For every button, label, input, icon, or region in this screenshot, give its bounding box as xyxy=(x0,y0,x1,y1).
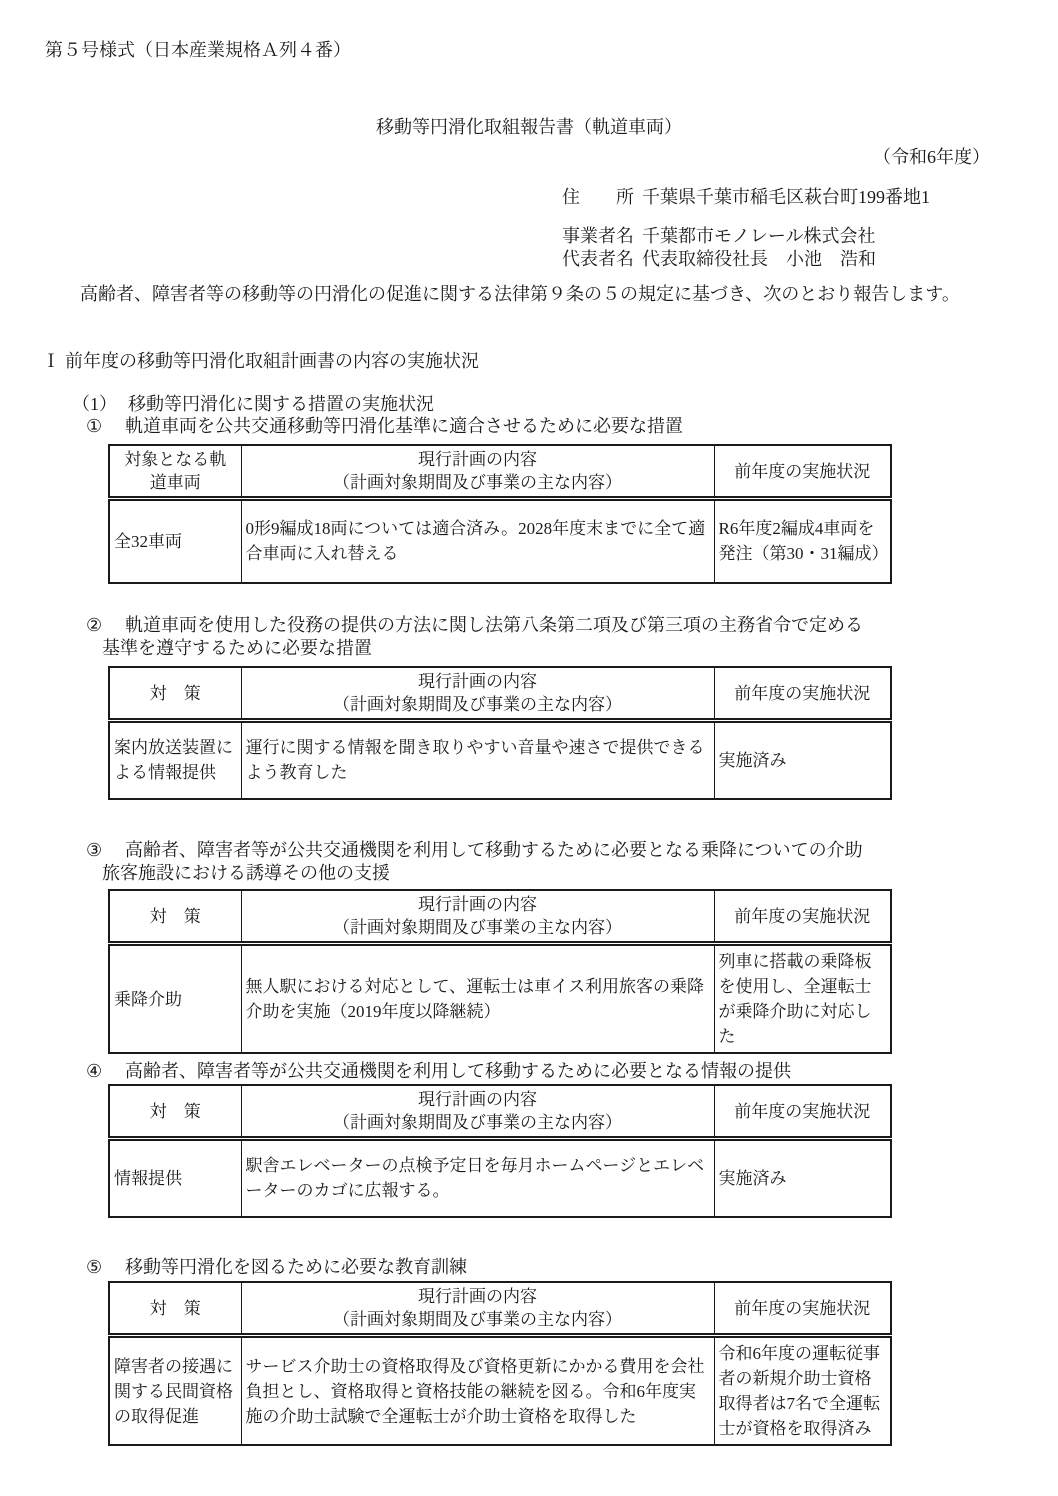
item-1-cell-status: R6年度2編成4車両を発注（第30・31編成） xyxy=(714,499,891,583)
item-1-cell-target: 全32車両 xyxy=(109,499,241,583)
item-4-number: ④ xyxy=(86,1060,125,1083)
item-3-col-header-status: 前年度の実施状況 xyxy=(714,890,891,944)
address-line: 住 所 千葉県千葉市稲毛区萩台町199番地1 xyxy=(562,186,930,209)
item-5-title: 移動等円滑化を図るために必要な教育訓練 xyxy=(125,1257,467,1277)
item-2-col-header-status: 前年度の実施状況 xyxy=(714,667,891,721)
item-4-cell-target: 情報提供 xyxy=(109,1139,241,1217)
item-2-heading: ②軌道車両を使用した役務の提供の方法に関し法第八条第二項及び第三項の主務省令で定… xyxy=(86,614,863,660)
item-2-number: ② xyxy=(86,614,125,637)
item-3-number: ③ xyxy=(86,839,125,862)
item-5-col-header-plan: 現行計画の内容（計画対象期間及び事業の主な内容） xyxy=(241,1282,714,1336)
item-2-table: 対 策 現行計画の内容（計画対象期間及び事業の主な内容） 前年度の実施状況 案内… xyxy=(108,666,892,800)
item-5-col-header-status: 前年度の実施状況 xyxy=(714,1282,891,1336)
operator-label: 事業者名 xyxy=(562,225,642,248)
item-2-col-header-plan: 現行計画の内容（計画対象期間及び事業の主な内容） xyxy=(241,667,714,721)
representative-label: 代表者名 xyxy=(562,248,642,271)
table-row: 障害者の接遇に関する民間資格の取得促進 サービス介助士の資格取得及び資格更新にか… xyxy=(109,1336,891,1446)
section-1-numeral: Ｉ xyxy=(42,349,65,373)
item-1-table: 対象となる軌道車両 現行計画の内容（計画対象期間及び事業の主な内容） 前年度の実… xyxy=(108,444,892,584)
table-row: 乗降介助 無人駅における対応として、運転士は車イス利用旅客の乗降介助を実施（20… xyxy=(109,944,891,1054)
item-4-col-header-plan: 現行計画の内容（計画対象期間及び事業の主な内容） xyxy=(241,1085,714,1139)
subsection-1-numeral: （1） xyxy=(72,392,128,416)
section-1-heading: Ｉ 前年度の移動等円滑化取組計画書の内容の実施状況 xyxy=(42,349,479,373)
item-5-table: 対 策 現行計画の内容（計画対象期間及び事業の主な内容） 前年度の実施状況 障害… xyxy=(108,1281,892,1446)
item-2-title-line2: 基準を遵守するために必要な措置 xyxy=(102,637,863,660)
item-1-col-header-plan: 現行計画の内容（計画対象期間及び事業の主な内容） xyxy=(241,445,714,499)
item-4-cell-status: 実施済み xyxy=(714,1139,891,1217)
item-3-col-header-plan: 現行計画の内容（計画対象期間及び事業の主な内容） xyxy=(241,890,714,944)
item-3-heading: ③高齢者、障害者等が公共交通機関を利用して移動するために必要となる乗降についての… xyxy=(86,839,863,885)
item-3-col-header-target: 対 策 xyxy=(109,890,241,944)
table-row: 案内放送装置による情報提供 運行に関する情報を聞き取りやすい音量や速さで提供でき… xyxy=(109,721,891,799)
item-2-cell-target: 案内放送装置による情報提供 xyxy=(109,721,241,799)
item-5-cell-status: 令和6年度の運転従事者の新規介助士資格取得者は7名で全運転士が資格を取得済み xyxy=(714,1336,891,1446)
item-3-table: 対 策 現行計画の内容（計画対象期間及び事業の主な内容） 前年度の実施状況 乗降… xyxy=(108,889,892,1054)
item-1-col-header-status: 前年度の実施状況 xyxy=(714,445,891,499)
item-1-title: 軌道車両を公共交通移動等円滑化基準に適合させるために必要な措置 xyxy=(125,416,683,436)
subsection-1-title: 移動等円滑化に関する措置の実施状況 xyxy=(128,392,434,416)
item-1-number: ① xyxy=(86,415,125,438)
table-row: 全32車両 0形9編成18両については適合済み。2028年度末までに全て適合車両… xyxy=(109,499,891,583)
item-4-col-header-status: 前年度の実施状況 xyxy=(714,1085,891,1139)
item-3-cell-plan: 無人駅における対応として、運転士は車イス利用旅客の乗降介助を実施（2019年度以… xyxy=(241,944,714,1054)
item-5-cell-target: 障害者の接遇に関する民間資格の取得促進 xyxy=(109,1336,241,1446)
item-4-title: 高齢者、障害者等が公共交通機関を利用して移動するために必要となる情報の提供 xyxy=(125,1061,791,1081)
item-5-col-header-target: 対 策 xyxy=(109,1282,241,1336)
item-1-heading: ①軌道車両を公共交通移動等円滑化基準に適合させるために必要な措置 xyxy=(86,415,683,438)
item-3-title: 高齢者、障害者等が公共交通機関を利用して移動するために必要となる乗降についての介… xyxy=(125,840,863,860)
address-label: 住 所 xyxy=(562,186,642,209)
section-1-title: 前年度の移動等円滑化取組計画書の内容の実施状況 xyxy=(65,349,479,373)
item-2-title: 軌道車両を使用した役務の提供の方法に関し法第八条第二項及び第三項の主務省令で定め… xyxy=(125,615,863,635)
form-number: 第５号様式（日本産業規格Ａ列４番） xyxy=(45,38,351,62)
item-4-heading: ④高齢者、障害者等が公共交通機関を利用して移動するために必要となる情報の提供 xyxy=(86,1060,791,1083)
page-title: 移動等円滑化取組報告書（軌道車両） xyxy=(0,115,1058,139)
item-2-col-header-target: 対 策 xyxy=(109,667,241,721)
item-3-title-line2: 旅客施設における誘導その他の支援 xyxy=(102,862,863,885)
item-5-number: ⑤ xyxy=(86,1256,125,1279)
intro-paragraph: 高齢者、障害者等の移動等の円滑化の促進に関する法律第９条の５の規定に基づき、次の… xyxy=(80,282,960,306)
table-row: 情報提供 駅舎エレベーターの点検予定日を毎月ホームページとエレベーターのカゴに広… xyxy=(109,1139,891,1217)
item-1-cell-plan: 0形9編成18両については適合済み。2028年度末までに全て適合車両に入れ替える xyxy=(241,499,714,583)
representative-value: 代表取締役社長 小池 浩和 xyxy=(642,248,876,271)
address-value: 千葉県千葉市稲毛区萩台町199番地1 xyxy=(642,186,930,209)
item-3-cell-status: 列車に搭載の乗降板を使用し、全運転士が乗降介助に対応した xyxy=(714,944,891,1054)
item-1-col-header-target: 対象となる軌道車両 xyxy=(109,445,241,499)
representative-line: 代表者名 代表取締役社長 小池 浩和 xyxy=(562,248,876,271)
item-3-cell-target: 乗降介助 xyxy=(109,944,241,1054)
subsection-1-heading: （1） 移動等円滑化に関する措置の実施状況 xyxy=(72,392,434,416)
item-2-cell-plan: 運行に関する情報を聞き取りやすい音量や速さで提供できるよう教育した xyxy=(241,721,714,799)
item-4-col-header-target: 対 策 xyxy=(109,1085,241,1139)
item-2-cell-status: 実施済み xyxy=(714,721,891,799)
item-5-cell-plan: サービス介助士の資格取得及び資格更新にかかる費用を会社負担とし、資格取得と資格技… xyxy=(241,1336,714,1446)
report-page: 第５号様式（日本産業規格Ａ列４番） 移動等円滑化取組報告書（軌道車両） （令和6… xyxy=(0,0,1058,1496)
operator-value: 千葉都市モノレール株式会社 xyxy=(642,225,875,248)
operator-line: 事業者名 千葉都市モノレール株式会社 xyxy=(562,225,875,248)
fiscal-year: （令和6年度） xyxy=(873,145,990,169)
item-5-heading: ⑤移動等円滑化を図るために必要な教育訓練 xyxy=(86,1256,467,1279)
item-4-cell-plan: 駅舎エレベーターの点検予定日を毎月ホームページとエレベーターのカゴに広報する。 xyxy=(241,1139,714,1217)
item-4-table: 対 策 現行計画の内容（計画対象期間及び事業の主な内容） 前年度の実施状況 情報… xyxy=(108,1084,892,1218)
